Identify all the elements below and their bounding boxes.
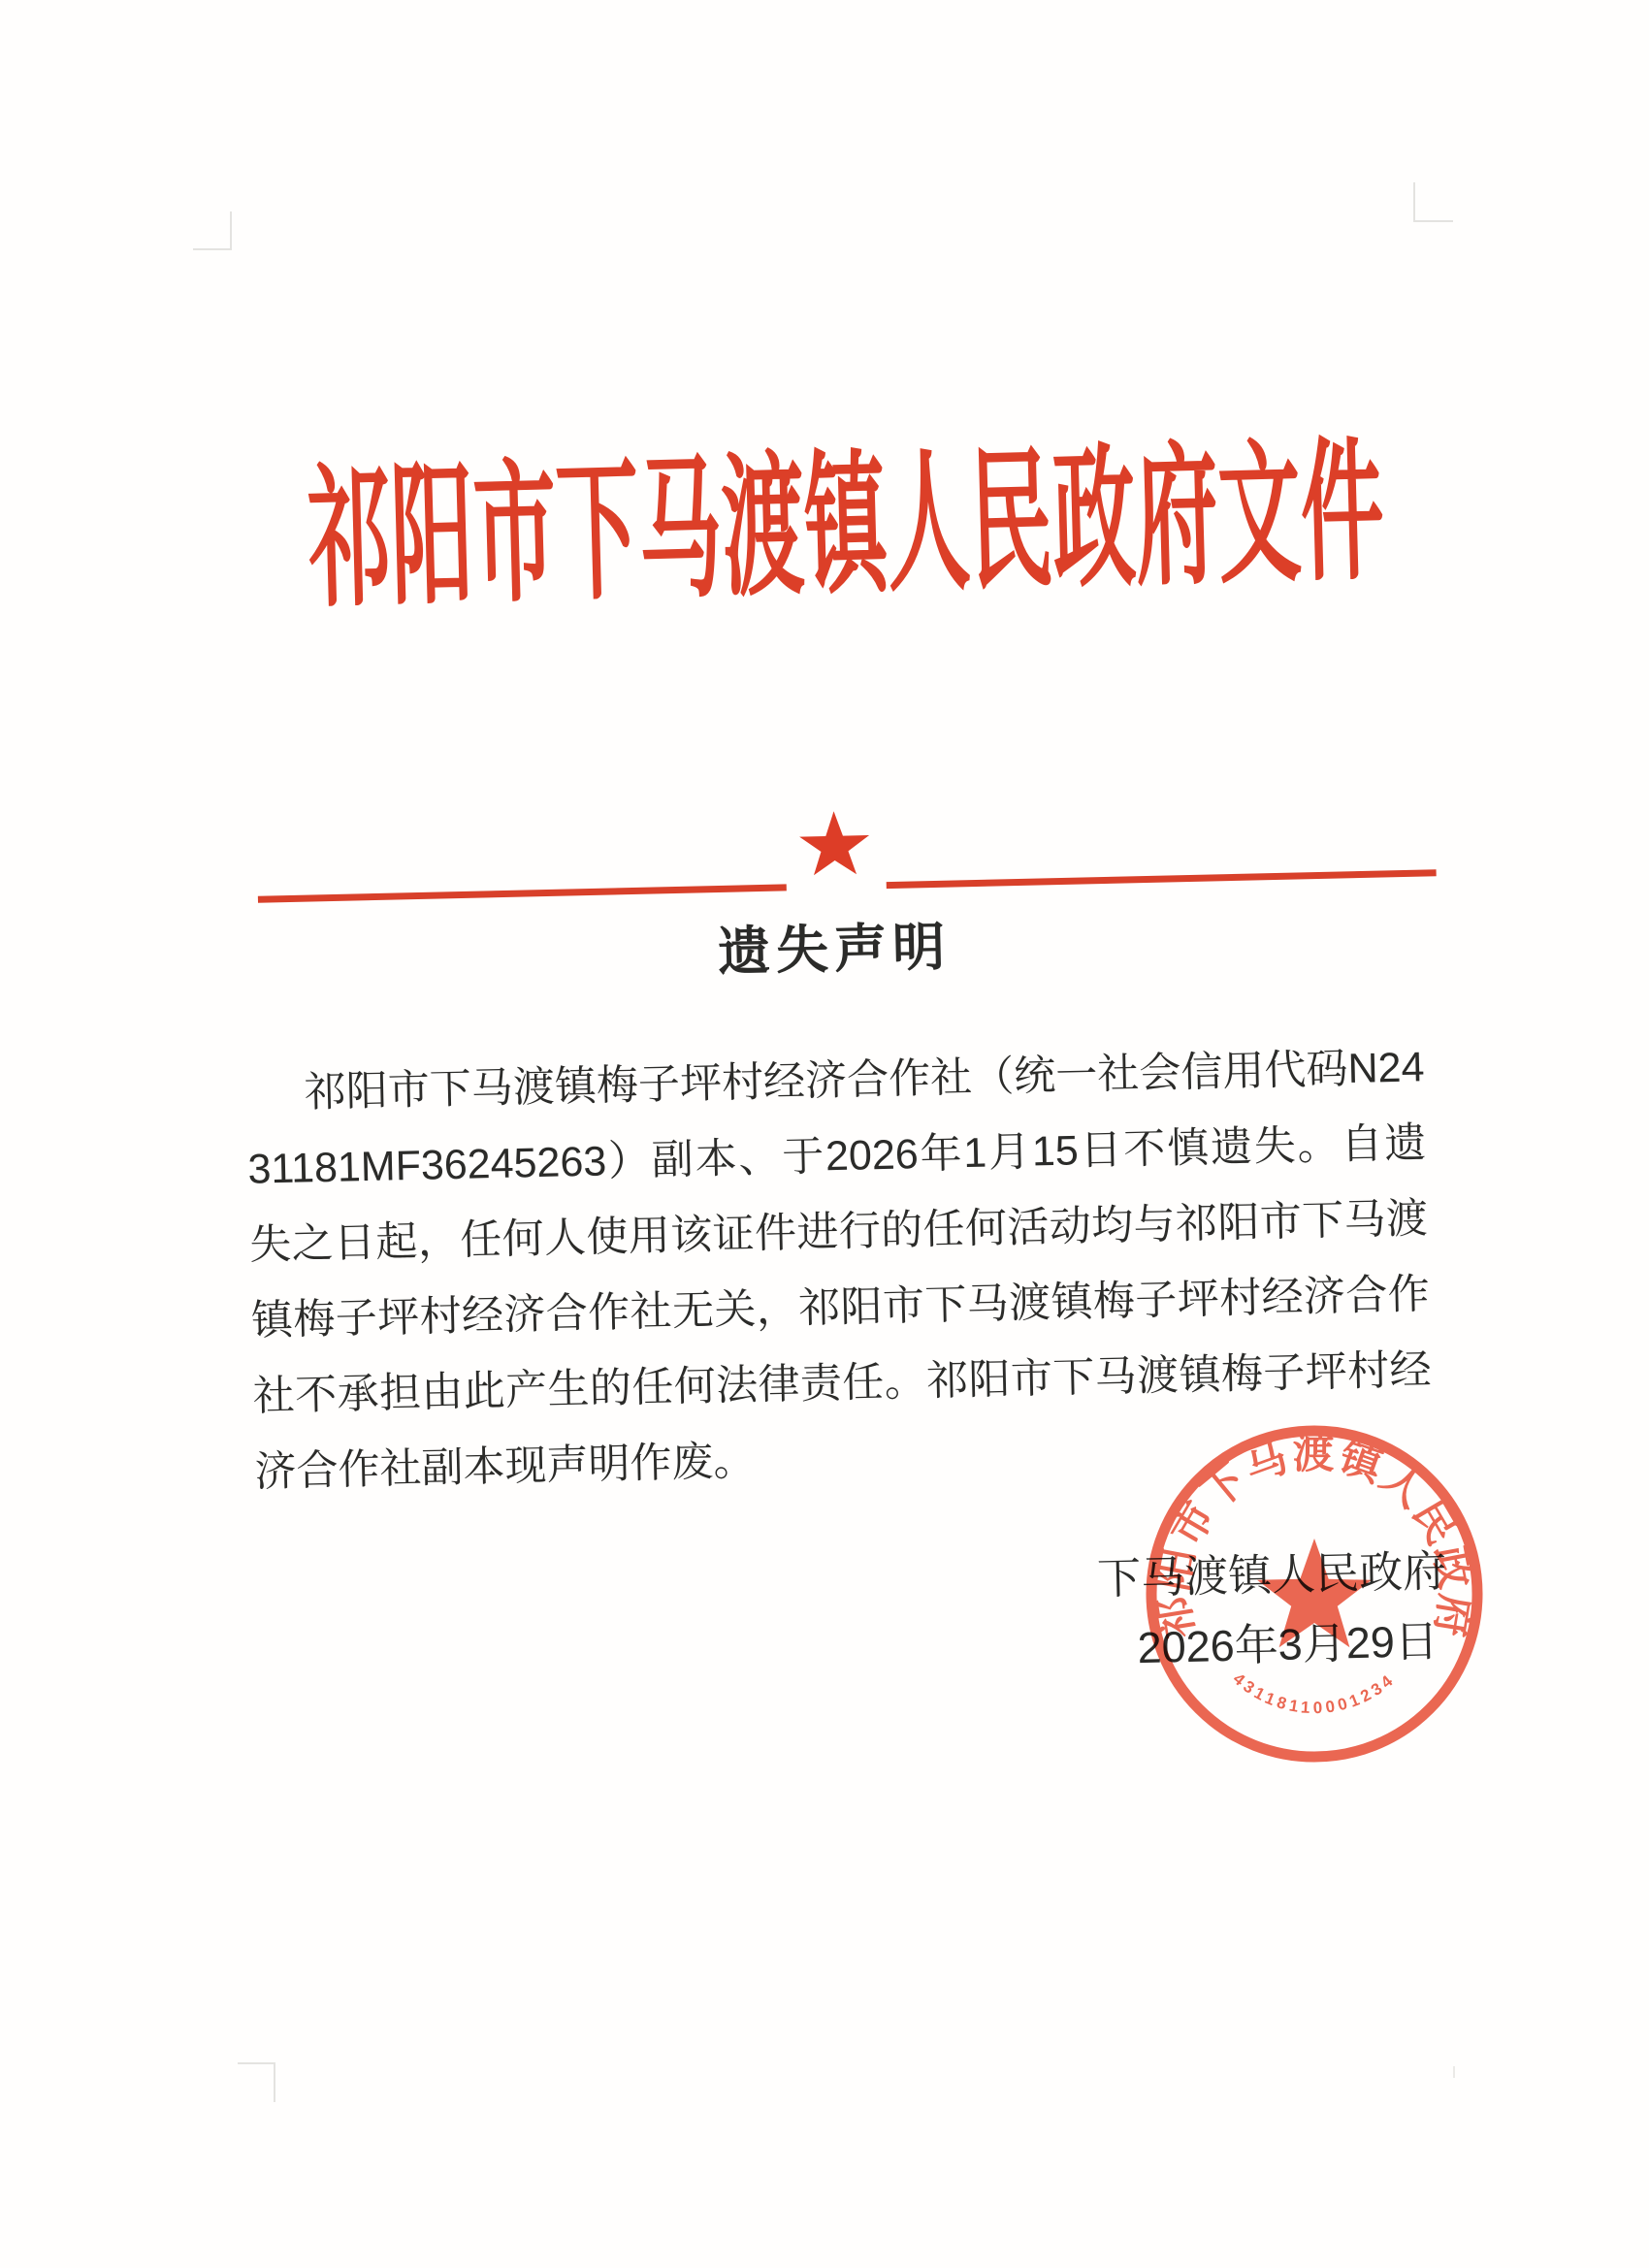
svg-text:43118110001234: 43118110001234 [1230,1669,1400,1717]
star-icon [797,810,872,882]
divider-line-right [887,869,1437,889]
star-divider [256,797,1437,908]
seal-star-icon [1257,1539,1372,1647]
scan-corner-mark-bottom-right [1453,2066,1455,2078]
seal-code: 43118110001234 [1230,1669,1400,1717]
document-subject-title: 遗失声明 [717,905,952,985]
divider-line-left [258,884,787,902]
document-header-title: 祁阳市下马渡镇人民政府文件 [306,425,1385,628]
official-seal: 祁阳市下马渡镇人民政府 43118110001234 [1140,1419,1489,1768]
scan-corner-mark-top-left [193,211,232,250]
document-page: 祁阳市下马渡镇人民政府文件 遗失声明 祁阳市下马渡镇梅子坪村经济合作社（统一社会… [0,0,1649,2268]
scan-corner-mark-top-right [1413,182,1453,222]
scan-corner-mark-bottom-left [238,2062,275,2102]
